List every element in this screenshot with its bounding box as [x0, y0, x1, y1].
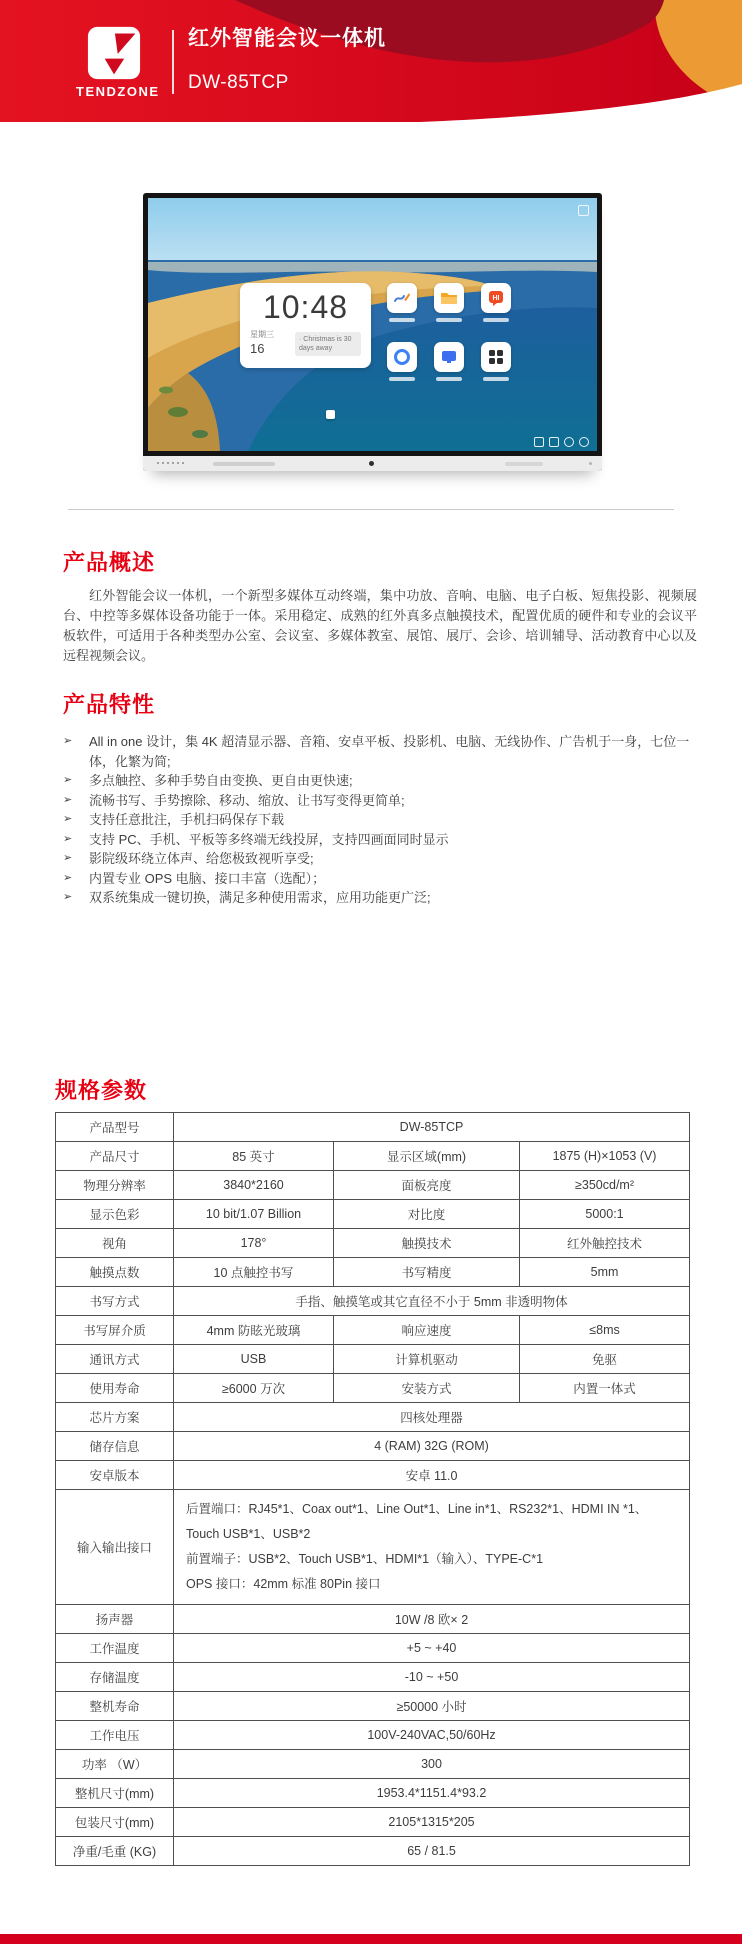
bullet-arrow-icon: ➢	[63, 810, 89, 830]
spec-row: 存储温度-10 ~ +50	[56, 1663, 690, 1692]
spec-label: 储存信息	[56, 1432, 174, 1461]
datasheet-page: TENDZONE 红外智能会议一体机 DW-85TCP	[0, 0, 742, 1944]
feature-item: ➢All in one 设计，集 4K 超清显示器、音箱、安卓平板、投影机、电脑…	[63, 732, 697, 771]
spec-label: 产品型号	[56, 1113, 174, 1142]
spec-value: 178°	[174, 1229, 334, 1258]
brand-logo: TENDZONE	[76, 26, 152, 99]
app-label	[436, 318, 462, 322]
spec-label: 净重/毛重 (KG)	[56, 1837, 174, 1866]
spec-value: 2105*1315*205	[174, 1808, 690, 1837]
feature-text: 多点触控、多种手势自由变换、更自由更快速;	[89, 771, 697, 791]
spec-value: 300	[174, 1750, 690, 1779]
spec-label: 物理分辨率	[56, 1171, 174, 1200]
feature-item: ➢内置专业 OPS 电脑、接口丰富（选配）；	[63, 869, 697, 889]
spec-row: 产品型号DW-85TCP	[56, 1113, 690, 1142]
spec-row: 使用寿命≥6000 万次安装方式内置一体式	[56, 1374, 690, 1403]
folder-icon	[549, 437, 559, 447]
spec-label: 使用寿命	[56, 1374, 174, 1403]
app-welcome: HI	[481, 283, 511, 322]
spec-row: 工作电压100V-240VAC,50/60Hz	[56, 1721, 690, 1750]
header-divider	[172, 30, 174, 94]
app-screenshare	[434, 342, 464, 381]
spec-value: 面板亮度	[334, 1171, 520, 1200]
feature-text: 流畅书写、手势擦除、移动、缩放、让书写变得更简单;	[89, 791, 697, 811]
features-list: ➢All in one 设计，集 4K 超清显示器、音箱、安卓平板、投影机、电脑…	[63, 732, 697, 908]
app-grid: HI	[387, 283, 511, 381]
spec-label: 触摸点数	[56, 1258, 174, 1287]
clock-time: 10:48	[250, 289, 361, 325]
specs-table: 产品型号DW-85TCP产品尺寸85 英寸显示区域(mm)1875 (H)×10…	[55, 1112, 690, 1866]
spec-row: 物理分辨率3840*2160面板亮度≥350cd/m²	[56, 1171, 690, 1200]
spec-label: 存储温度	[56, 1663, 174, 1692]
app-assistant	[387, 342, 417, 381]
feature-item: ➢支持 PC、手机、平板等多终端无线投屏，支持四画面同时显示	[63, 830, 697, 850]
bullet-arrow-icon: ➢	[63, 791, 89, 811]
spec-value: 触摸技术	[334, 1229, 520, 1258]
spec-row: 书写屏介质4mm 防眩光玻璃响应速度≤8ms	[56, 1316, 690, 1345]
screen-share-icon	[434, 342, 464, 372]
spec-value: +5 ~ +40	[174, 1634, 690, 1663]
spec-value: 计算机驱动	[334, 1345, 520, 1374]
feature-text: 内置专业 OPS 电脑、接口丰富（选配）；	[89, 869, 697, 889]
app-allapps	[481, 342, 511, 381]
spec-value-line: 前置端子：USB*2、Touch USB*1、HDMI*1（输入）、TYPE-C…	[186, 1547, 677, 1572]
feature-item: ➢支持任意批注，手机扫码保存下载	[63, 810, 697, 830]
svg-text:HI: HI	[493, 295, 500, 302]
spec-row: 产品尺寸85 英寸显示区域(mm)1875 (H)×1053 (V)	[56, 1142, 690, 1171]
spec-value: 1953.4*1151.4*93.2	[174, 1779, 690, 1808]
section-overview: 产品概述 红外智能会议一体机，一个新型多媒体互动终端，集中功放、音响、电脑、电子…	[63, 550, 697, 666]
spec-label: 通讯方式	[56, 1345, 174, 1374]
screen-corner-icon	[578, 205, 589, 216]
tendzone-logo-icon	[87, 26, 141, 80]
spec-label: 整机尺寸(mm)	[56, 1779, 174, 1808]
all-apps-icon	[481, 342, 511, 372]
speaker-bar	[143, 456, 602, 471]
spec-row: 储存信息4 (RAM) 32G (ROM)	[56, 1432, 690, 1461]
spec-value: 内置一体式	[520, 1374, 690, 1403]
spec-value: 安卓 11.0	[174, 1461, 690, 1490]
spec-row: 工作温度+5 ~ +40	[56, 1634, 690, 1663]
spec-value: 四核处理器	[174, 1403, 690, 1432]
spec-row: 输入输出接口后置端口：RJ45*1、Coax out*1、Line Out*1、…	[56, 1490, 690, 1605]
bullet-arrow-icon: ➢	[63, 830, 89, 850]
spec-value: 5000:1	[520, 1200, 690, 1229]
spec-row: 通讯方式USB计算机驱动免驱	[56, 1345, 690, 1374]
spec-value: -10 ~ +50	[174, 1663, 690, 1692]
spec-label: 书写方式	[56, 1287, 174, 1316]
screen-bottom-icons	[534, 437, 589, 447]
spec-value: USB	[174, 1345, 334, 1374]
spec-value-line: 后置端口：RJ45*1、Coax out*1、Line Out*1、Line i…	[186, 1497, 677, 1547]
app-whiteboard	[387, 283, 417, 322]
spec-row: 芯片方案四核处理器	[56, 1403, 690, 1432]
spec-value: 10 点触控书写	[174, 1258, 334, 1287]
bullet-arrow-icon: ➢	[63, 849, 89, 869]
spec-label: 整机寿命	[56, 1692, 174, 1721]
app-label	[436, 377, 462, 381]
section-divider	[68, 509, 674, 510]
product-title: 红外智能会议一体机	[188, 22, 386, 52]
camera-dot-icon	[369, 461, 374, 466]
spec-value: 100V-240VAC,50/60Hz	[174, 1721, 690, 1750]
spec-label: 产品尺寸	[56, 1142, 174, 1171]
spec-value: ≤8ms	[520, 1316, 690, 1345]
reminder-chip: · Christmas is 30 days away	[295, 332, 361, 356]
spec-label: 工作温度	[56, 1634, 174, 1663]
clock-day: 16	[250, 341, 274, 356]
bullet-arrow-icon: ➢	[63, 771, 89, 791]
gallery-icon	[534, 437, 544, 447]
spec-row: 功率 （W）300	[56, 1750, 690, 1779]
spec-value: 4 (RAM) 32G (ROM)	[174, 1432, 690, 1461]
spec-value: 手指、触摸笔或其它直径不小于 5mm 非透明物体	[174, 1287, 690, 1316]
bullet-arrow-icon: ➢	[63, 888, 89, 908]
section-specs: 规格参数 产品型号DW-85TCP产品尺寸85 英寸显示区域(mm)1875 (…	[55, 1078, 689, 1866]
beach-wallpaper	[148, 198, 597, 451]
spec-label: 书写屏介质	[56, 1316, 174, 1345]
bullet-arrow-icon: ➢	[63, 732, 89, 771]
header-titles: 红外智能会议一体机 DW-85TCP	[188, 22, 386, 94]
spec-value: 后置端口：RJ45*1、Coax out*1、Line Out*1、Line i…	[174, 1490, 690, 1605]
spec-row: 净重/毛重 (KG)65 / 81.5	[56, 1837, 690, 1866]
spec-row: 扬声器10W /8 欧× 2	[56, 1605, 690, 1634]
app-files	[434, 283, 464, 322]
spec-value: 1875 (H)×1053 (V)	[520, 1142, 690, 1171]
spec-row: 视角178°触摸技术红外触控技术	[56, 1229, 690, 1258]
voice-assistant-icon	[387, 342, 417, 372]
brand-name: TENDZONE	[76, 84, 152, 99]
spec-row: 显示色彩10 bit/1.07 Billion对比度5000:1	[56, 1200, 690, 1229]
file-manager-icon	[434, 283, 464, 313]
spec-row: 触摸点数10 点触控书写书写精度5mm	[56, 1258, 690, 1287]
specs-heading: 规格参数	[55, 1078, 689, 1104]
feature-text: 影院级环绕立体声、给您极致视听享受;	[89, 849, 697, 869]
spec-value: 85 英寸	[174, 1142, 334, 1171]
spec-value-line: OPS 接口：42mm 标准 80Pin 接口	[186, 1572, 677, 1597]
settings-icon	[564, 437, 574, 447]
app-label	[483, 377, 509, 381]
app-label	[389, 377, 415, 381]
spec-label: 视角	[56, 1229, 174, 1258]
footer-accent-bar	[0, 1934, 742, 1944]
spec-label: 包装尺寸(mm)	[56, 1808, 174, 1837]
app-label	[389, 318, 415, 322]
feature-item: ➢双系统集成一键切换，满足多种使用需求，应用功能更广泛;	[63, 888, 697, 908]
clock-date: 星期三 16	[250, 329, 274, 356]
speaker-grille-right	[505, 462, 543, 466]
spec-label: 工作电压	[56, 1721, 174, 1750]
spec-value: ≥6000 万次	[174, 1374, 334, 1403]
spec-value: 免驱	[520, 1345, 690, 1374]
sensor-dot-icon	[589, 462, 592, 465]
clock-widget: 10:48 星期三 16 · Christmas is 30 days away	[240, 283, 371, 368]
spec-value: DW-85TCP	[174, 1113, 690, 1142]
feature-item: ➢流畅书写、手势擦除、移动、缩放、让书写变得更简单;	[63, 791, 697, 811]
spec-value: 3840*2160	[174, 1171, 334, 1200]
spec-label: 安卓版本	[56, 1461, 174, 1490]
spec-value: 10W /8 欧× 2	[174, 1605, 690, 1634]
spec-row: 书写方式手指、触摸笔或其它直径不小于 5mm 非透明物体	[56, 1287, 690, 1316]
spec-value: 4mm 防眩光玻璃	[174, 1316, 334, 1345]
spec-value: 65 / 81.5	[174, 1837, 690, 1866]
features-heading: 产品特性	[63, 692, 697, 718]
overview-paragraph: 红外智能会议一体机，一个新型多媒体互动终端，集中功放、音响、电脑、电子白板、短焦…	[63, 586, 697, 666]
power-icon	[579, 437, 589, 447]
spec-value: 红外触控技术	[520, 1229, 690, 1258]
spec-value: ≥350cd/m²	[520, 1171, 690, 1200]
feature-item: ➢影院级环绕立体声、给您极致视听享受;	[63, 849, 697, 869]
feature-text: All in one 设计，集 4K 超清显示器、音箱、安卓平板、投影机、电脑、…	[89, 732, 697, 771]
spec-row: 整机寿命≥50000 小时	[56, 1692, 690, 1721]
feature-item: ➢多点触控、多种手势自由变换、更自由更快速;	[63, 771, 697, 791]
floating-toolbar-button	[326, 410, 335, 419]
spec-value: 安装方式	[334, 1374, 520, 1403]
spec-value: 10 bit/1.07 Billion	[174, 1200, 334, 1229]
spec-value: 书写精度	[334, 1258, 520, 1287]
header-banner: TENDZONE 红外智能会议一体机 DW-85TCP	[0, 0, 742, 122]
spec-row: 包装尺寸(mm)2105*1315*205	[56, 1808, 690, 1837]
interactive-flat-panel: 10:48 星期三 16 · Christmas is 30 days away	[143, 193, 602, 471]
feature-text: 支持任意批注，手机扫码保存下载	[89, 810, 697, 830]
spec-label: 输入输出接口	[56, 1490, 174, 1605]
spec-label: 功率 （W）	[56, 1750, 174, 1779]
spec-row: 整机尺寸(mm)1953.4*1151.4*93.2	[56, 1779, 690, 1808]
whiteboard-icon	[387, 283, 417, 313]
section-features: 产品特性 ➢All in one 设计，集 4K 超清显示器、音箱、安卓平板、投…	[63, 692, 697, 908]
feature-text: 支持 PC、手机、平板等多终端无线投屏，支持四画面同时显示	[89, 830, 697, 850]
panel-screen: 10:48 星期三 16 · Christmas is 30 days away	[148, 198, 597, 451]
speaker-holes-icon	[157, 462, 159, 464]
welcome-icon: HI	[481, 283, 511, 313]
spec-label: 显示色彩	[56, 1200, 174, 1229]
spec-value: 对比度	[334, 1200, 520, 1229]
product-model: DW-85TCP	[188, 72, 386, 94]
spec-label: 扬声器	[56, 1605, 174, 1634]
spec-row: 安卓版本安卓 11.0	[56, 1461, 690, 1490]
spec-value: ≥50000 小时	[174, 1692, 690, 1721]
bullet-arrow-icon: ➢	[63, 869, 89, 889]
spec-value: 5mm	[520, 1258, 690, 1287]
spec-value: 响应速度	[334, 1316, 520, 1345]
app-label	[483, 318, 509, 322]
overview-heading: 产品概述	[63, 550, 697, 576]
speaker-grille-left	[213, 462, 275, 466]
clock-weekday: 星期三	[250, 329, 274, 340]
feature-text: 双系统集成一键切换，满足多种使用需求，应用功能更广泛;	[89, 888, 697, 908]
spec-value: 显示区域(mm)	[334, 1142, 520, 1171]
spec-label: 芯片方案	[56, 1403, 174, 1432]
